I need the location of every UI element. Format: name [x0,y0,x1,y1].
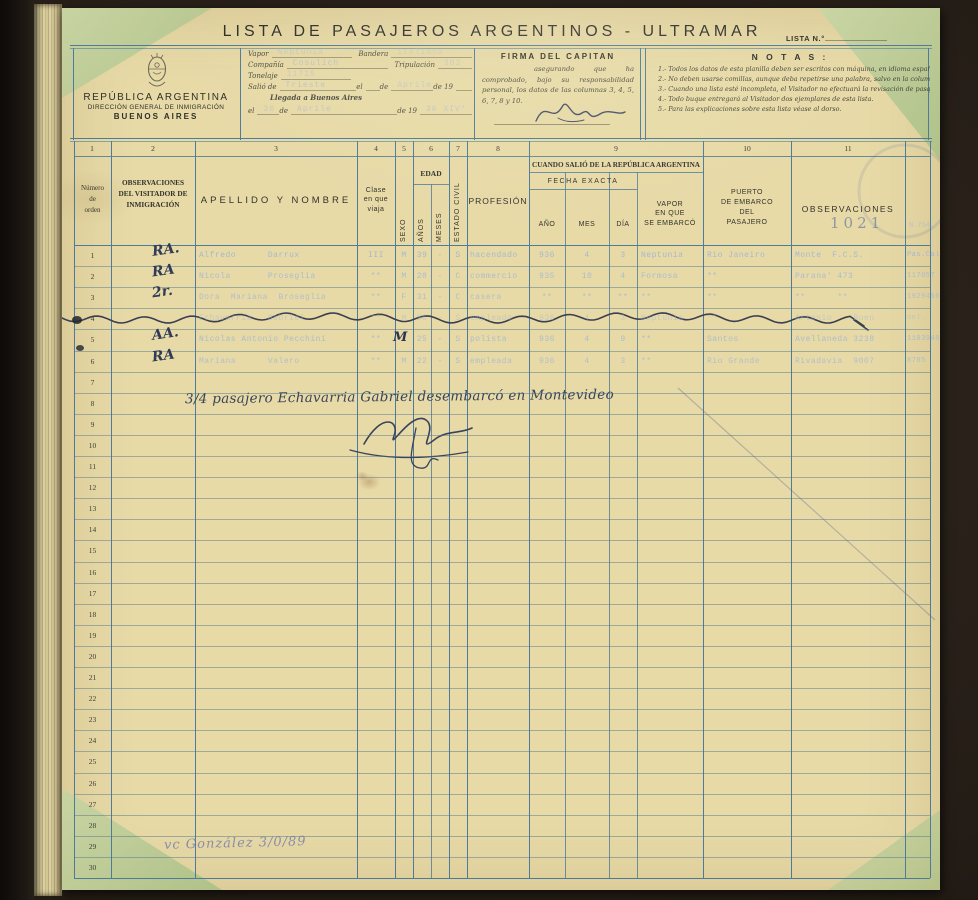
entry-vapor: ** [641,293,703,302]
visitador-mark: 2r. [151,283,174,302]
notas-title: N O T A S : [652,52,928,62]
col-number-10: 10 [743,144,751,153]
entry-sexo: M [395,272,413,281]
entry-civil: S [449,314,467,323]
llegada-dia-value: 30 [263,105,275,114]
band-divider [645,48,646,140]
entry-puerto: Rio Grande [707,357,791,366]
entry-clase: III [357,251,395,260]
header-clase: Clase en que viaja [357,186,395,214]
vapor-field: Neptunia [272,48,353,58]
entry-name: Nicola Proseglia [199,272,355,281]
header-anos: AÑOS [418,206,425,242]
row-number: 22 [74,694,111,703]
row-number: 16 [74,568,111,577]
row-number: 21 [74,673,111,682]
llegada-dia-field: 30 [257,105,279,115]
table-row-line [74,773,930,774]
entry-civil: S [449,335,467,344]
entry-dia: 4 [609,272,637,281]
table-row-line [74,435,930,436]
entry-sexo: F [395,293,413,302]
entry-vapor: Neptunia [641,314,703,323]
entry-sexo: M [395,251,413,260]
band-divider [474,48,475,140]
salio-field: Trieste [280,81,357,91]
entry-mes: ** [565,293,609,302]
entry-puerto: ** [707,293,791,302]
entry-anos: 28 [413,272,431,281]
compania-value: Cosulich [293,59,339,68]
passenger-list-page: LISTA DE PASAJEROS ARGENTINOS - ULTRAMAR… [62,8,940,890]
entry-puerto: ** [707,314,791,323]
entry-meses: - [431,293,449,302]
entry-prof: empleado [470,314,530,323]
compania-field: Cosulich [287,59,389,69]
rule-band-bottom-2 [70,141,932,142]
header-estado-civil: ESTADO CIVIL [454,176,461,242]
argentina-coat-of-arms [144,52,170,92]
header-apellido-nombre: APELLIDO Y NOMBRE [195,195,357,208]
entry-ano: 935 [529,272,565,281]
table-row-line [74,730,930,731]
visitador-mark: RA [151,346,176,365]
entry-ano: 936 [529,314,565,323]
de-label: de [380,83,392,91]
margin-typed-note: N.754. [909,222,934,230]
entry-clase: ** [357,293,395,302]
firma-title: FIRMA DEL CAPITAN [478,52,638,61]
form-line-compania: Compañía Cosulich Tripulación 302 [248,59,472,69]
nota-item: 4.- Todo buque entregará al Visitador do… [658,95,930,103]
entry-dia: 3 [609,314,637,323]
entry-clase: ** [357,357,395,366]
form-line-salio: Salió de Trieste el de Aprile de 19 [248,81,472,91]
row-number: 13 [74,504,111,513]
llegada-de-label: de [279,107,291,115]
row-number: 7 [74,378,111,387]
row-number: 19 [74,631,111,640]
table-row-line [74,329,930,330]
band-divider [928,48,929,140]
entry-margin: 1103948 [907,335,937,343]
entry-obs: Artenio Buen [795,314,905,323]
col-divider [905,141,906,878]
table-row-line [74,308,930,309]
entry-name: Dora Mariana Broseglia [199,293,355,302]
fecha-underline [529,189,637,190]
llegada-ano-value: 36 XIV° [426,105,467,114]
row-number: 18 [74,610,111,619]
entry-obs: Parana' 473 [795,272,905,281]
page-title: LISTA DE PASAJEROS ARGENTINOS - ULTRAMAR [212,23,772,41]
tonelaje-label: Tonelaje [248,72,281,80]
row-number: 4 [74,314,111,323]
row-number: 2 [74,272,111,281]
lista-number-blank-line [825,33,887,41]
table-row-line [74,625,930,626]
llegada-label: Llegada a Buenos Aires [270,93,362,102]
table-row-line [74,477,930,478]
header-observaciones-visitador: OBSERVACIONES DEL VISITADOR DE INMIGRACI… [111,178,195,211]
vapor-label: Vapor [248,50,272,58]
table-header-rule [74,156,930,157]
entry-ano: 936 [529,357,565,366]
pencil-note: vc González 3/0/89 [164,834,307,853]
table-row-line [74,519,930,520]
header-cuando-salio: CUANDO SALIÓ DE LA REPÚBLICA ARGENTINA [529,160,703,171]
col-number-4: 4 [374,144,378,153]
rule-top-2 [70,48,932,49]
llegada-de19-label: de 19 [397,107,420,115]
llegada-ano-field: 36 XIV° [420,105,472,115]
table-row-line [74,372,930,373]
handwritten-note: 3/4 pasajero Echavarria Gabriel desembar… [185,387,614,407]
col-number-7: 7 [456,144,460,153]
header-mes: MES [565,220,609,229]
tripulacion-label: Tripulación [388,61,438,69]
entry-anos: 25 [413,335,431,344]
entry-clase: ** [357,272,395,281]
entry-meses: - [431,251,449,260]
visitador-mark: RA. [151,240,180,260]
row-number: 10 [74,441,111,450]
entry-margin: 8785 [907,357,937,365]
table-row-line [74,540,930,541]
row-number: 15 [74,546,111,555]
table-row-line [74,604,930,605]
col-divider [467,141,468,878]
nota-item: 3.- Cuando una lista esté incompleta, el… [658,85,930,93]
entry-margin: 1929456 [907,293,937,301]
entry-anos: 22 [413,357,431,366]
llegada-mes-value: Aprile [297,105,332,114]
entry-civil: S [449,251,467,260]
entry-anos: 39 [413,251,431,260]
table-row-line [74,414,930,415]
page-crease-line [678,388,935,620]
col-number-8: 8 [496,144,500,153]
table-headerbody-rule [74,245,930,246]
col-number-3: 3 [274,144,278,153]
entry-margin: Pas.Cal [907,251,937,259]
table-row-line [74,583,930,584]
entry-ano: ** [529,293,565,302]
table-row-line [74,667,930,668]
entry-name: Alfredo Darrux [199,251,355,260]
table-row-line [74,287,930,288]
row-number: 29 [74,842,111,851]
entry-mes: 4 [565,335,609,344]
vapor-value: Neptunia [278,48,324,57]
entry-vapor: Formosa [641,272,703,281]
entry-margin: del. [907,314,937,322]
col-number-6: 6 [429,144,433,153]
entry-anos: 36 [413,314,431,323]
table-row-line [74,815,930,816]
green-corner-top-left [62,8,212,98]
entry-name: Mariana Valero [199,357,355,366]
col-number-9: 9 [614,144,618,153]
entry-mes: 4 [565,357,609,366]
row-number: 8 [74,399,111,408]
row-number: 3 [74,293,111,302]
col-divider [195,141,196,878]
entry-prof: hacendado [470,251,530,260]
table-row-line [74,836,930,837]
entry-civil: C [449,293,467,302]
entry-clase: ** [357,335,395,344]
salio-dia-field [366,81,380,91]
firma-statement: asegurando que ha comprobado, bajo su re… [482,64,634,106]
col-divider [791,141,792,878]
entry-puerto: ** [707,272,791,281]
row-number: 1 [74,251,111,260]
entry-puerto: Santos [707,335,791,344]
salio-ano-field [456,81,472,91]
city-name: BUENOS AIRES [74,112,238,121]
entry-prof: casera [470,293,530,302]
tripulacion-field: 302 [438,59,472,69]
header-ano: AÑO [529,220,565,229]
col-number-5: 5 [402,144,406,153]
row-number: 23 [74,715,111,724]
table-row-line [74,562,930,563]
entry-vapor: ** [641,357,703,366]
entry-ano: 936 [529,335,565,344]
entry-sexo: M [395,314,413,323]
nota-item: 5.- Para las explicaciones sobre esta li… [658,105,930,113]
entry-prof: polista [470,335,530,344]
issuing-authority: REPÚBLICA ARGENTINA DIRECCIÓN GENERAL DE… [74,92,238,121]
row-number: 11 [74,462,111,471]
form-line-tonelaje: Tonelaje 11715 [248,70,472,80]
cuando-underline [529,172,703,173]
entry-obs: Avellaneda 3238 [795,335,905,344]
nota-item: 2.- No deben usarse comillas, aunque deb… [658,75,930,83]
col-number-11: 11 [844,144,851,153]
col-divider [111,141,112,878]
form-line-vapor: Vapor Neptunia Bandera italiana [248,48,472,58]
bandera-label: Bandera [352,50,391,58]
band-divider [640,48,641,140]
entry-dia: 3 [609,251,637,260]
salio-mes-field: Aprile [391,81,433,91]
table-row-line [74,794,930,795]
entry-sexo: M [395,357,413,366]
header-sexo: SEXO [400,208,407,242]
table-row-line [74,857,930,858]
table-row-line [74,646,930,647]
tonelaje-value: 11715 [287,70,316,79]
band-divider [240,48,241,140]
entry-puerto: Rio Janeiro [707,251,791,260]
entry-obs: Rivadavia 9007 [795,357,905,366]
table-row-line [74,498,930,499]
entry-name: Nicolas Antonio Pecchini [199,335,355,344]
entry-obs: Monte F.C.S. [795,251,905,260]
header-fecha-exacta: FECHA EXACTA [529,177,637,186]
rule-band-bottom-1 [70,138,932,139]
department-name: DIRECCIÓN GENERAL DE INMIGRACIÓN [74,104,238,111]
el-label: el [356,83,365,91]
row-number: 20 [74,652,111,661]
header-puerto: PUERTO DE EMBARCO DEL PASAJERO [703,188,791,229]
entry-civil: C [449,272,467,281]
bandera-field: italiana [391,48,472,58]
entry-meses: - [431,335,449,344]
entry-prof: empleada [470,357,530,366]
entry-clase: ** [357,314,395,323]
table-row-line [74,266,930,267]
entry-name: Echavarria Gabriel [199,314,355,323]
entry-margin: 117057 [907,272,937,280]
row-number: 25 [74,757,111,766]
col-divider [703,141,704,878]
llegada-mes-field: Aprile [291,105,397,115]
entry-meses: - [431,272,449,281]
table-bottom-rule [74,878,930,879]
entry-dia: 9 [609,335,637,344]
entry-anos: 31 [413,293,431,302]
salio-label: Salió de [248,83,280,91]
row-number: 27 [74,800,111,809]
book-spine [0,0,34,900]
header-numero: Número de orden [74,183,111,217]
table-row-line [74,688,930,689]
header-meses: MESES [436,204,443,242]
entry-meses: - [431,357,449,366]
llegada-el-label: el [248,107,257,115]
lista-number-text: LISTA N.° [786,34,825,43]
entry-vapor: ** [641,335,703,344]
table-row-line [74,751,930,752]
table-row-line [74,351,930,352]
edad-underline [413,184,449,185]
entry-dia: ** [609,293,637,302]
row-number: 5 [74,335,111,344]
table-row-line [74,456,930,457]
row-number: 30 [74,863,111,872]
entry-mes: 4 [565,251,609,260]
handwritten-sexo: M [393,330,407,345]
entry-civil: S [449,357,467,366]
note-signature [342,410,512,472]
entry-prof: commercio [470,272,530,281]
book-page-edges [34,4,62,896]
header-vapor-embarco: VAPOR EN QUE SE EMBARCÓ [637,200,703,228]
signature-line [494,124,610,125]
row-number: 14 [74,525,111,534]
salio-value: Trieste [286,81,327,90]
form-line-llegada: el 30 de Aprile de 19 36 XIV° [248,105,472,115]
visitador-mark: RA [151,262,176,281]
entry-ano: 936 [529,251,565,260]
lista-number-label: LISTA N.° [786,33,887,43]
row-number: 28 [74,821,111,830]
row-number: 6 [74,357,111,366]
tripulacion-value: 302 [444,59,461,68]
bandera-value: italiana [397,48,443,57]
entry-obs: ** ** [795,293,905,302]
entry-mes: 10 [565,272,609,281]
entry-mes: 4 [565,314,609,323]
header-edad: EDAD [413,168,449,179]
header-dia: DÍA [609,220,637,229]
row-number: 24 [74,736,111,745]
de19-label: de 19 [433,83,456,91]
entry-vapor: Neptunia [641,251,703,260]
table-row-line [74,393,930,394]
scanned-ledger-photo: LISTA DE PASAJEROS ARGENTINOS - ULTRAMAR… [0,0,978,900]
nota-item: 1.- Todos los datos de esta planilla deb… [658,65,930,73]
row-number: 12 [74,483,111,492]
visitador-mark: AA. [151,325,180,345]
table-row-line [74,709,930,710]
col-number-1: 1 [90,144,94,153]
row-number: 17 [74,589,111,598]
page-number-stamp: 1021 [830,214,884,232]
entry-dia: 3 [609,357,637,366]
compania-label: Compañía [248,61,287,69]
row-number: 9 [74,420,111,429]
salio-mes-value: Aprile [397,81,432,90]
tonelaje-field: 11715 [281,70,351,80]
rule-top-1 [70,45,932,46]
entry-meses: - [431,314,449,323]
row-number: 26 [74,779,111,788]
col-number-2: 2 [151,144,155,153]
header-profesion: PROFESIÓN [467,196,529,207]
country-name: REPÚBLICA ARGENTINA [74,92,238,103]
